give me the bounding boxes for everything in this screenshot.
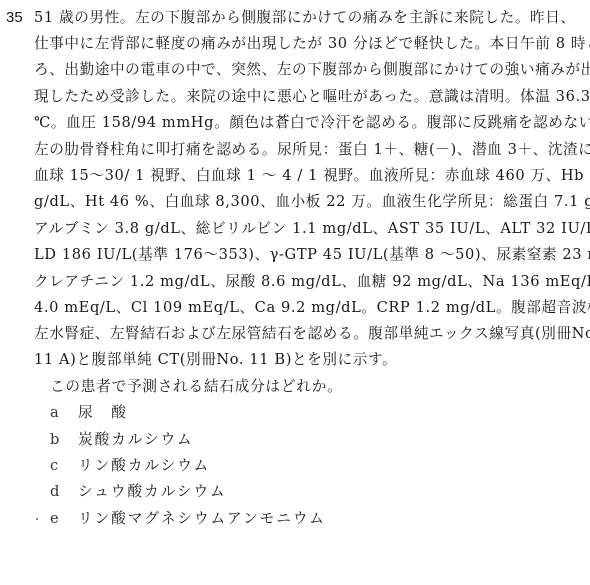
- option-c[interactable]: c リン酸カルシウム: [50, 454, 210, 478]
- case-line-3: ろ、出勤途中の電車の中で、突然、左の下腹部から側腹部にかけての強い痛みが出: [34, 58, 590, 82]
- question-number: 35: [6, 6, 23, 30]
- option-letter: b: [50, 428, 78, 452]
- option-text: リン酸カルシウム: [78, 454, 210, 478]
- option-text: シュウ酸カルシウム: [78, 480, 227, 504]
- option-letter: d: [50, 480, 78, 504]
- case-line-6: 左の肋骨脊柱角に叩打痛を認める。尿所見：蛋白 1＋、糖(－)、潜血 3＋、沈渣に…: [34, 138, 590, 162]
- case-line-13: 左水腎症、左腎結石および左尿管結石を認める。腹部単純エックス線写真(別冊No.: [34, 322, 590, 346]
- case-line-14: 11 A)と腹部単純 CT(別冊No. 11 B)とを別に示す。: [34, 348, 397, 372]
- case-line-7: 血球 15～30/ 1 視野、白血球 1 ～ 4 / 1 視野。血液所見：赤血球…: [34, 164, 590, 188]
- option-b[interactable]: b 炭酸カルシウム: [50, 428, 194, 452]
- option-d[interactable]: d シュウ酸カルシウム: [50, 480, 227, 504]
- option-letter: a: [50, 401, 78, 425]
- question-stem: この患者で予測される結石成分はどれか。: [50, 375, 342, 399]
- option-text: 炭酸カルシウム: [78, 428, 194, 452]
- case-line-4: 現したため受診した。来院の途中に悪心と嘔吐があった。意識は清明。体温 36.3: [34, 85, 590, 109]
- option-text: リン酸マグネシウムアンモニウム: [78, 507, 326, 531]
- option-letter: c: [50, 454, 78, 478]
- case-line-9: アルブミン 3.8 g/dL、総ビリルビン 1.1 mg/dL、AST 35 I…: [34, 217, 590, 241]
- option-letter: e: [50, 507, 78, 531]
- option-text: 尿 酸: [78, 401, 128, 425]
- case-line-10: LD 186 IU/L(基準 176～353)、γ-GTP 45 IU/L(基準…: [34, 243, 590, 267]
- case-line-12: 4.0 mEq/L、Cl 109 mEq/L、Ca 9.2 mg/dL。CRP …: [34, 296, 590, 320]
- case-line-11: クレアチニン 1.2 mg/dL、尿酸 8.6 mg/dL、血糖 92 mg/d…: [34, 270, 590, 294]
- case-line-5: ℃。血圧 158/94 mmHg。顔色は蒼白で冷汗を認める。腹部に反跳痛を認めな…: [34, 111, 590, 135]
- scan-speck-mark: [36, 518, 38, 520]
- option-e[interactable]: e リン酸マグネシウムアンモニウム: [50, 507, 326, 531]
- option-a[interactable]: a 尿 酸: [50, 401, 128, 425]
- exam-question-page: 35 51 歳の男性。左の下腹部から側腹部にかけての痛みを主訴に来院した。昨日、…: [0, 0, 590, 585]
- case-line-1: 51 歳の男性。左の下腹部から側腹部にかけての痛みを主訴に来院した。昨日、: [34, 6, 576, 30]
- case-line-8: g/dL、Ht 46 %、白血球 8,300、血小板 22 万。血液生化学所見：…: [34, 190, 590, 214]
- case-line-2: 仕事中に左背部に軽度の痛みが出現したが 30 分ほどで軽快した。本日午前 8 時…: [34, 32, 590, 56]
